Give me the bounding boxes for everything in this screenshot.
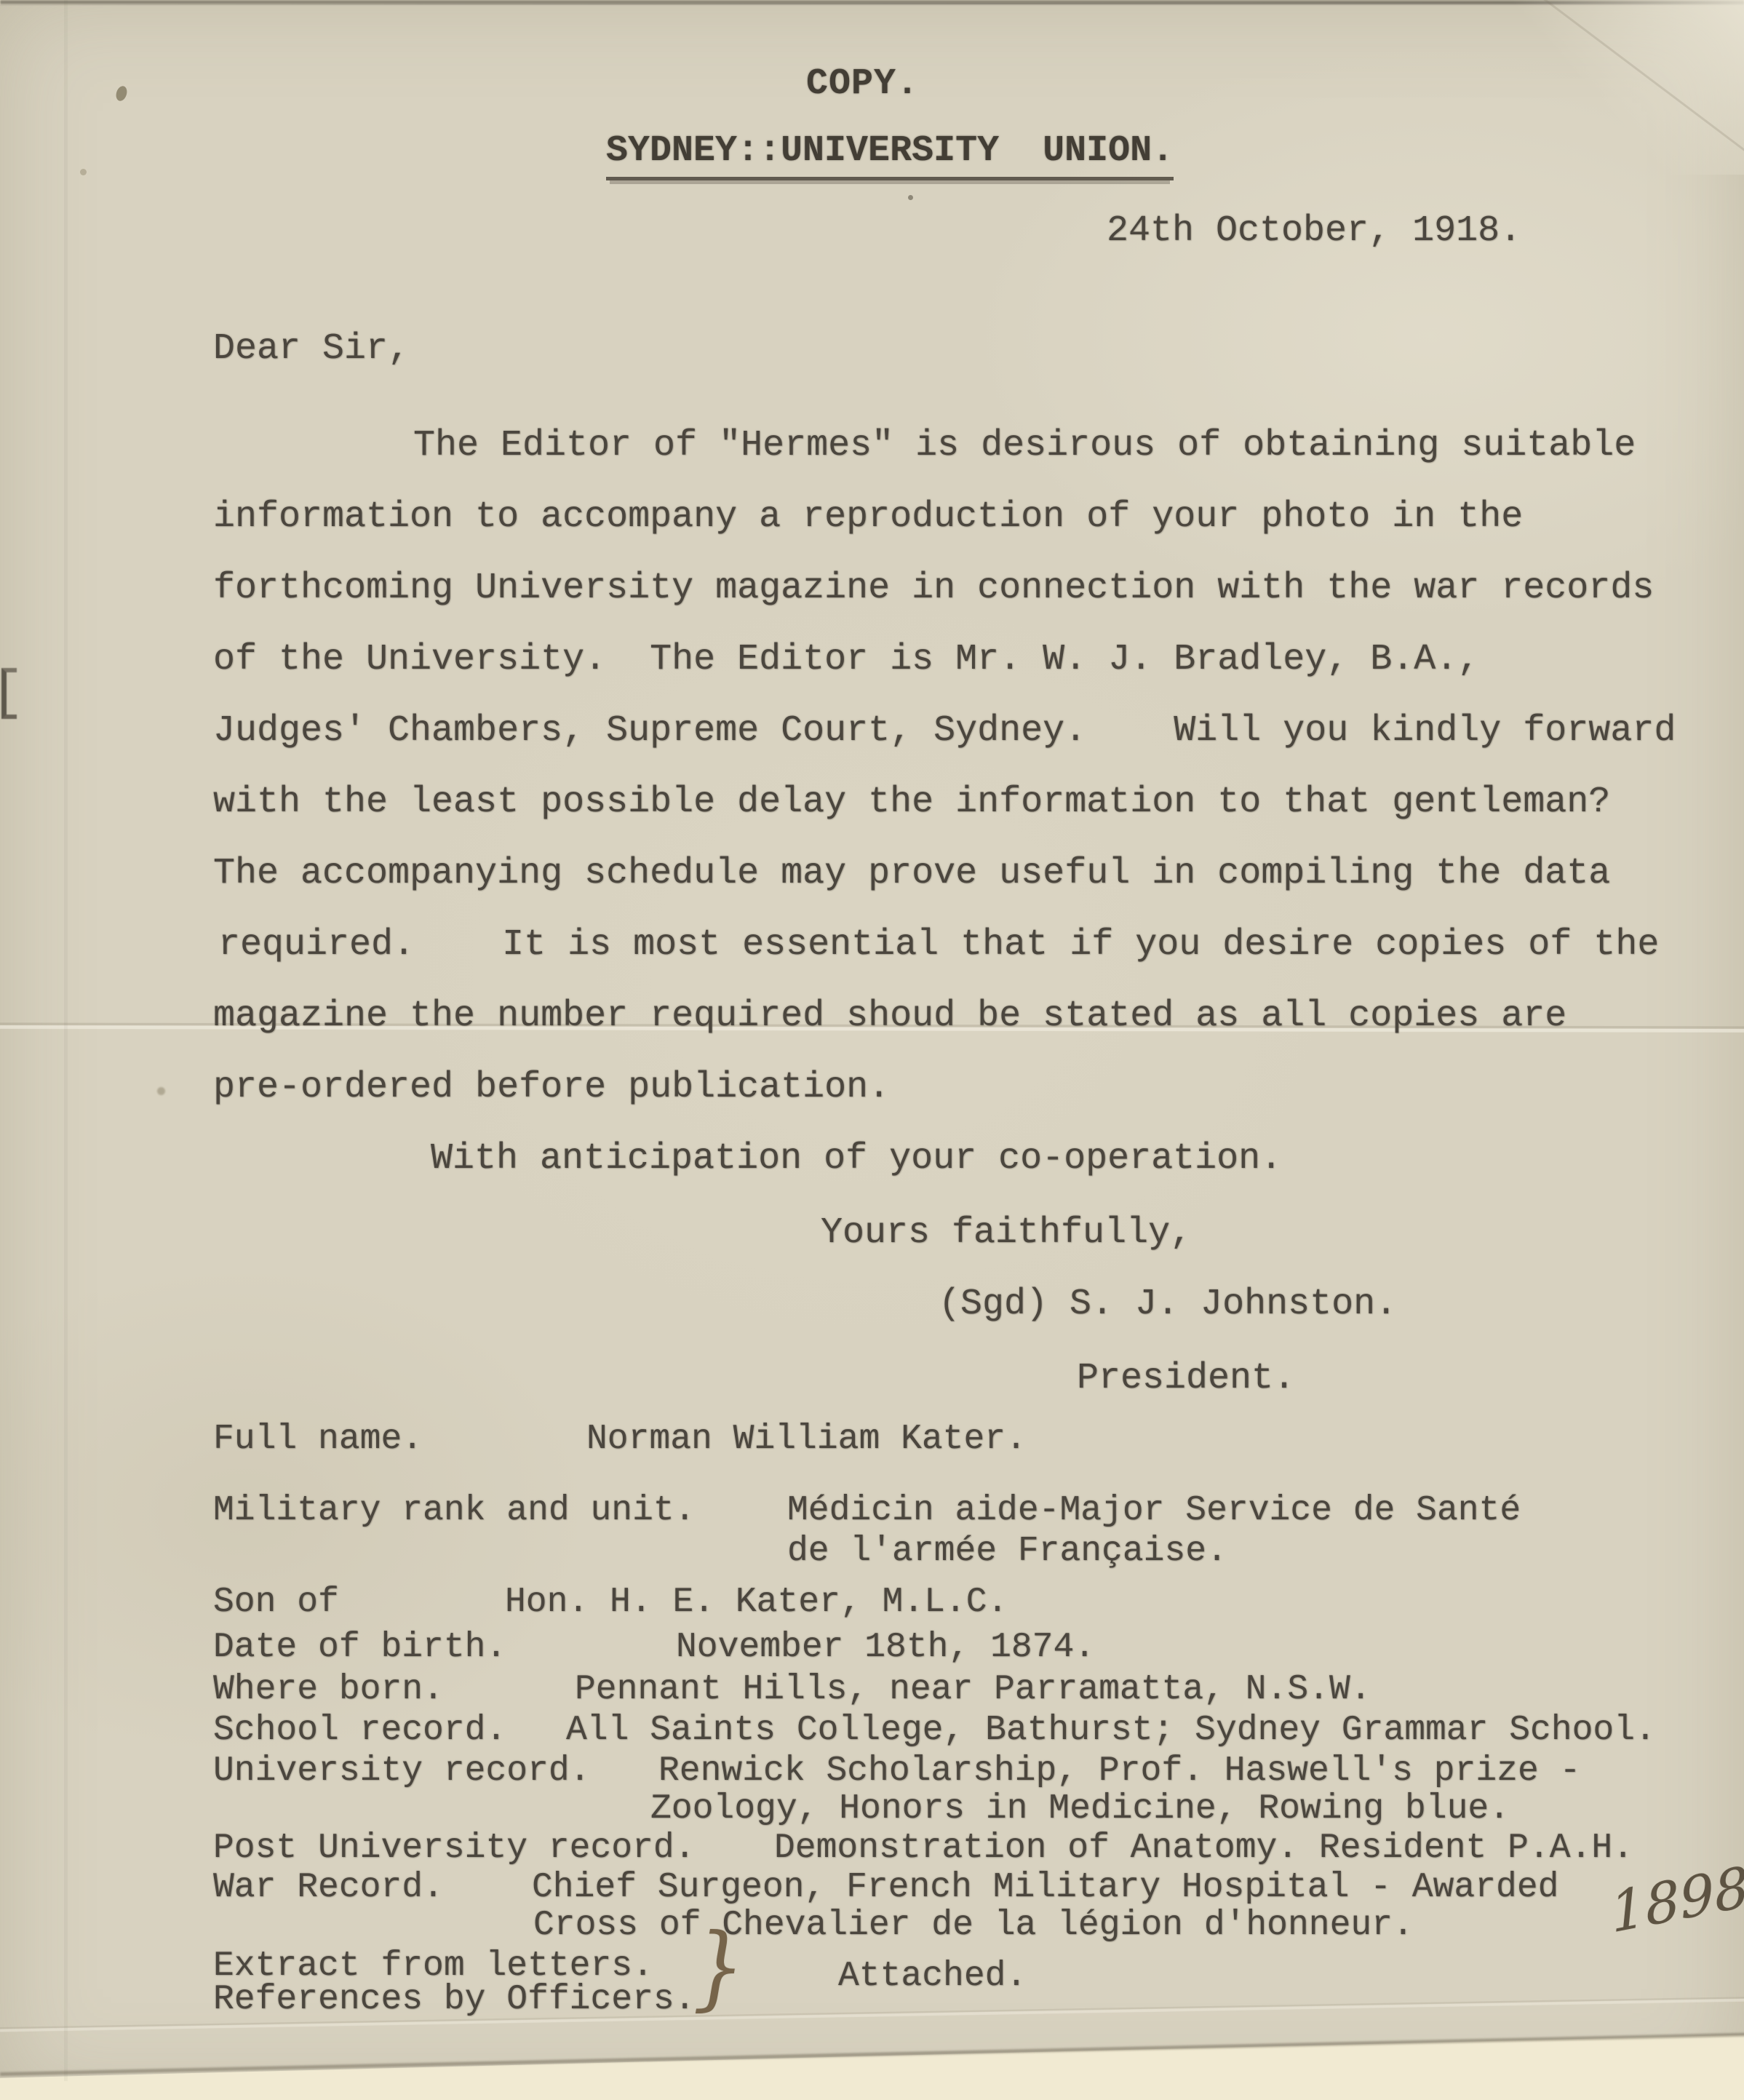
scanned-letter-page: { "colors": { "paper": "#d8d2c0", "backd… [0,0,1744,2100]
margin-ink-mark [1,668,17,719]
body-line-3: forthcoming University magazine in conne… [213,568,1654,608]
body-line-9: magazine the number required shoud be st… [213,996,1566,1036]
schedule-label-where-born: Where born. [213,1671,444,1709]
attachment-status: Attached. [838,1957,1027,1996]
schedule-label-full-name: Full name. [213,1420,423,1459]
attachment-brace: } [693,1922,744,2013]
schedule-value-military-rank-line1: Médicin aide-Major Service de Santé [787,1492,1521,1530]
closing-yours-faithfully: Yours faithfully, [821,1213,1192,1253]
schedule-value-university-record-line2: Zoology, Honors in Medicine, Rowing blue… [650,1790,1510,1829]
organization-title: SYDNEY::UNIVERSITY UNION. [606,131,1174,180]
attachment-item-2: References by Officers. [213,1981,696,2019]
schedule-value-school-record: All Saints College, Bathurst; Sydney Gra… [566,1711,1656,1750]
schedule-value-post-university-record: Demonstration of Anatomy. Resident P.A.H… [774,1829,1633,1868]
body-line-7: The accompanying schedule may prove usef… [213,854,1610,894]
salutation: Dear Sir, [213,329,410,369]
schedule-label-date-of-birth: Date of birth. [213,1628,506,1667]
schedule-value-full-name: Norman William Kater. [586,1420,1027,1459]
paper-top-edge [0,0,1744,4]
stray-ink-dot [908,195,913,200]
closing-signature: (Sgd) S. J. Johnston. [939,1284,1397,1324]
crease-vertical-left [64,0,68,2081]
closing-co-operation: With anticipation of your co-operation. [431,1139,1282,1179]
body-line-2: information to accompany a reproduction … [213,497,1523,537]
stain-spot-small [80,169,87,175]
schedule-value-where-born: Pennant Hills, near Parramatta, N.S.W. [575,1671,1371,1709]
schedule-value-military-rank-line2: de l'armée Française. [787,1532,1227,1571]
schedule-label-war-record: War Record. [213,1869,444,1907]
body-line-10: pre-ordered before publication. [213,1067,890,1107]
body-line-6: with the least possible delay the inform… [213,782,1610,822]
body-line-5: Judges' Chambers, Supreme Court, Sydney.… [213,711,1676,751]
closing-president-title: President. [1077,1359,1295,1399]
schedule-value-date-of-birth: November 18th, 1874. [676,1628,1095,1667]
body-line-8: required. It is most essential that if y… [218,925,1659,965]
schedule-label-university-record: University record. [213,1752,590,1791]
schedule-value-son-of: Hon. H. E. Kater, M.L.C. [505,1583,1008,1622]
body-line-4: of the University. The Editor is Mr. W. … [213,640,1479,680]
schedule-label-son-of: Son of [213,1583,339,1622]
fold-top-right-corner [1497,0,1744,175]
copy-label: COPY. [806,64,919,104]
schedule-label-military-rank: Military rank and unit. [213,1492,696,1530]
body-line-1: The Editor of "Hermes" is desirous of ob… [413,426,1636,466]
schedule-value-war-record-line1: Chief Surgeon, French Military Hospital … [532,1869,1558,1907]
stain-speck-left [157,1087,165,1095]
schedule-value-war-record-line2: Cross of Chevalier de la légion d'honneu… [533,1906,1414,1945]
letter-date: 24th October, 1918. [1107,211,1521,251]
schedule-value-university-record-line1: Renwick Scholarship, Prof. Haswell's pri… [658,1752,1580,1791]
schedule-label-school-record: School record. [213,1711,506,1750]
schedule-label-post-university-record: Post University record. [213,1829,696,1868]
